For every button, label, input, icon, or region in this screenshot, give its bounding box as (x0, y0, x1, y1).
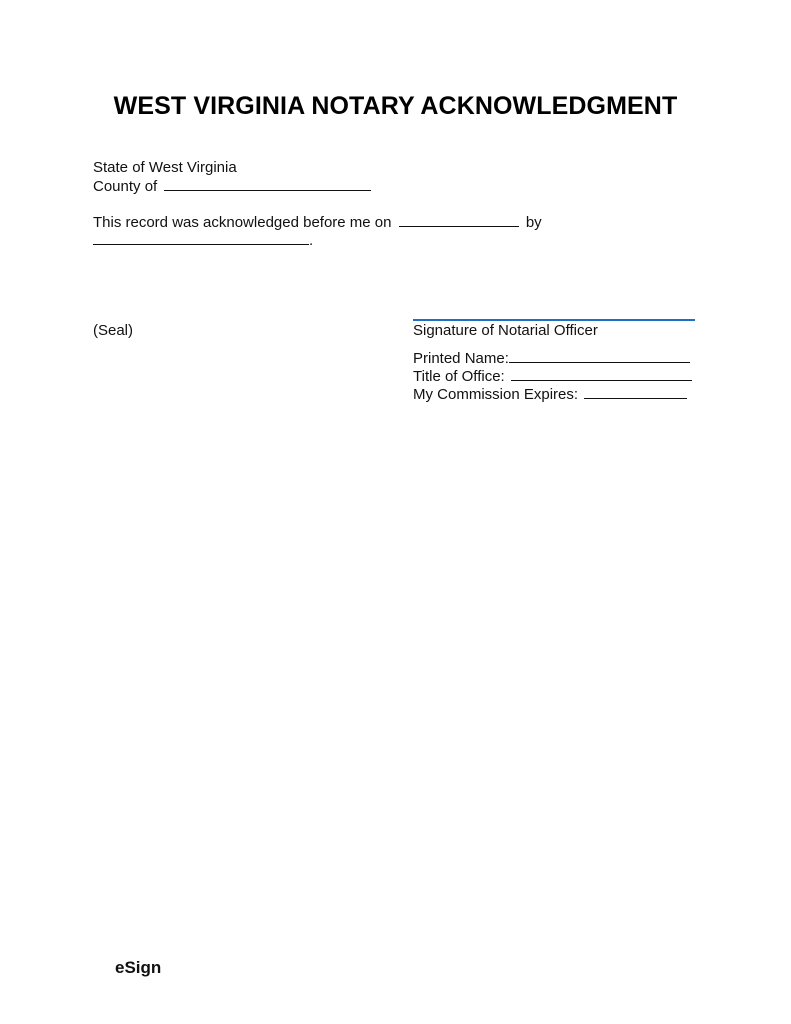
printed-name-field[interactable] (509, 349, 690, 363)
signature-label: Signature of Notarial Officer (413, 322, 598, 340)
signer-row: . (93, 231, 313, 250)
county-row: County of (93, 177, 371, 196)
state-line: State of West Virginia (93, 159, 237, 177)
signer-name-field[interactable] (93, 231, 309, 245)
title-of-office-label: Title of Office: (413, 368, 505, 385)
commission-expires-label: My Commission Expires: (413, 386, 578, 403)
commission-expires-row: My Commission Expires: (413, 385, 687, 404)
county-field[interactable] (164, 177, 371, 191)
title-of-office-field[interactable] (511, 367, 692, 381)
document-title: WEST VIRGINIA NOTARY ACKNOWLEDGMENT (0, 92, 791, 121)
seal-label: (Seal) (93, 322, 133, 340)
signature-line[interactable] (413, 319, 695, 321)
printed-name-label: Printed Name: (413, 350, 509, 367)
period: . (309, 232, 313, 249)
esign-logo: eSign (115, 958, 161, 978)
date-field[interactable] (399, 213, 519, 227)
acknowledged-row: This record was acknowledged before me o… (93, 213, 542, 232)
title-of-office-row: Title of Office: (413, 367, 692, 386)
by-label: by (526, 214, 542, 231)
printed-name-row: Printed Name: (413, 349, 690, 368)
commission-expires-field[interactable] (584, 385, 687, 399)
county-label: County of (93, 178, 157, 195)
acknowledged-text: This record was acknowledged before me o… (93, 214, 392, 231)
